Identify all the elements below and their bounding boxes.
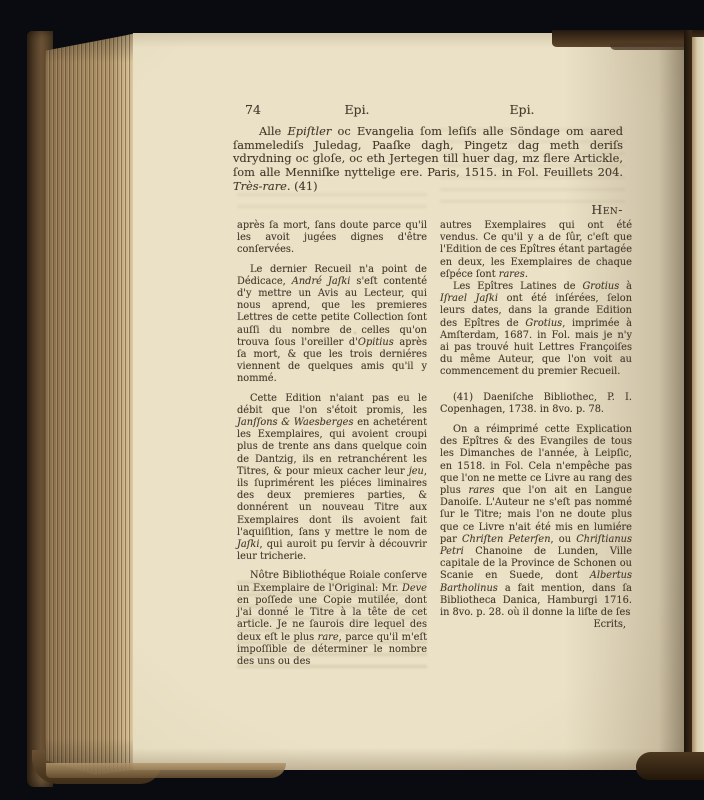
- text-segment: après ſa mort, ſans doute parce qu'il le…: [237, 220, 427, 255]
- italic-text-segment: rare: [318, 632, 339, 643]
- page-number: 74: [245, 102, 261, 117]
- paragraph: après ſa mort, ſans doute parce qu'il le…: [237, 220, 427, 257]
- text-segment: , qui auroit pu ſervir à découvrir leur …: [237, 539, 427, 562]
- italic-text-segment: André Jaſki: [292, 276, 351, 287]
- italic-text-segment: Chriſten Peterſen: [462, 534, 551, 545]
- paragraph: Le dernier Recueil n'a point de Dédicace…: [237, 264, 427, 386]
- italic-text-segment: Jaſki: [237, 539, 259, 550]
- running-head-right: Epi.: [492, 102, 552, 117]
- text-segment: Nôtre Bibliothéque Roiale conſerve un Ex…: [237, 570, 427, 593]
- text-segment: Alle: [259, 124, 287, 138]
- text-segment: Ecrits,: [593, 619, 626, 630]
- book-bottom-gutter-edge: [636, 752, 704, 780]
- text-segment: autres Exemplaires qui ont été vendus. C…: [440, 220, 632, 280]
- running-head-left: Epi.: [327, 102, 387, 117]
- left-text-column: après ſa mort, ſans doute parce qu'il le…: [237, 220, 427, 668]
- right-text-column: autres Exemplaires qui ont été vendus. C…: [440, 220, 632, 632]
- paragraph: Nôtre Bibliothéque Roiale conſerve un Ex…: [237, 570, 427, 668]
- text-segment: (41): [291, 179, 318, 193]
- facing-page-sliver: [692, 37, 704, 768]
- text-segment: Les Epîtres Latines de: [453, 281, 582, 292]
- italic-text-segment: rares: [469, 485, 495, 496]
- text-segment: .: [525, 269, 528, 280]
- paragraph: Cette Edition n'aiant pas eu le débit qu…: [237, 393, 427, 564]
- text-segment: , ou: [551, 534, 577, 545]
- text-segment: à: [619, 281, 632, 292]
- paragraph: On a réimprimé cette Explication des Epî…: [440, 424, 632, 619]
- text-segment: Cette Edition n'aiant pas eu le débit qu…: [237, 393, 427, 416]
- book-bottom-edge-pages: [46, 763, 286, 778]
- photographed-book-scan: 74 Epi. Epi. Alle Epiſtler oc Evangelia …: [0, 0, 704, 800]
- italic-text-segment: Deve: [402, 583, 427, 594]
- text-segment: (41) Daeniſche Bibliothec, P. I. Copenha…: [440, 392, 632, 415]
- intro-entry-paragraph: Alle Epiſtler oc Evangelia ſom leſiſs al…: [233, 125, 623, 194]
- paragraph: autres Exemplaires qui ont été vendus. C…: [440, 220, 632, 281]
- book-page: 74 Epi. Epi. Alle Epiſtler oc Evangelia …: [133, 33, 686, 770]
- book-top-edge: [610, 43, 690, 50]
- italic-text-segment: Janſſons & Waesberges: [237, 417, 354, 428]
- paragraph: Ecrits,: [440, 619, 632, 631]
- italic-text-segment: Très-rare.: [233, 179, 291, 193]
- italic-text-segment: Epiſtler: [287, 124, 331, 138]
- italic-text-segment: jeu: [409, 466, 424, 477]
- italic-text-segment: rares: [499, 269, 525, 280]
- italic-text-segment: Grotius: [582, 281, 619, 292]
- italic-text-segment: Grotius: [525, 318, 562, 329]
- catchword-top: Hen-: [233, 202, 659, 217]
- book-fore-edge-pages: [45, 33, 137, 775]
- paragraph: Les Epîtres Latines de Grotius à Iſrael …: [440, 281, 632, 379]
- italic-text-segment: Iſrael Jaſki: [440, 293, 498, 304]
- book-gutter: [684, 30, 692, 778]
- italic-text-segment: Opitius: [358, 337, 394, 348]
- paragraph: (41) Daeniſche Bibliothec, P. I. Copenha…: [440, 392, 632, 416]
